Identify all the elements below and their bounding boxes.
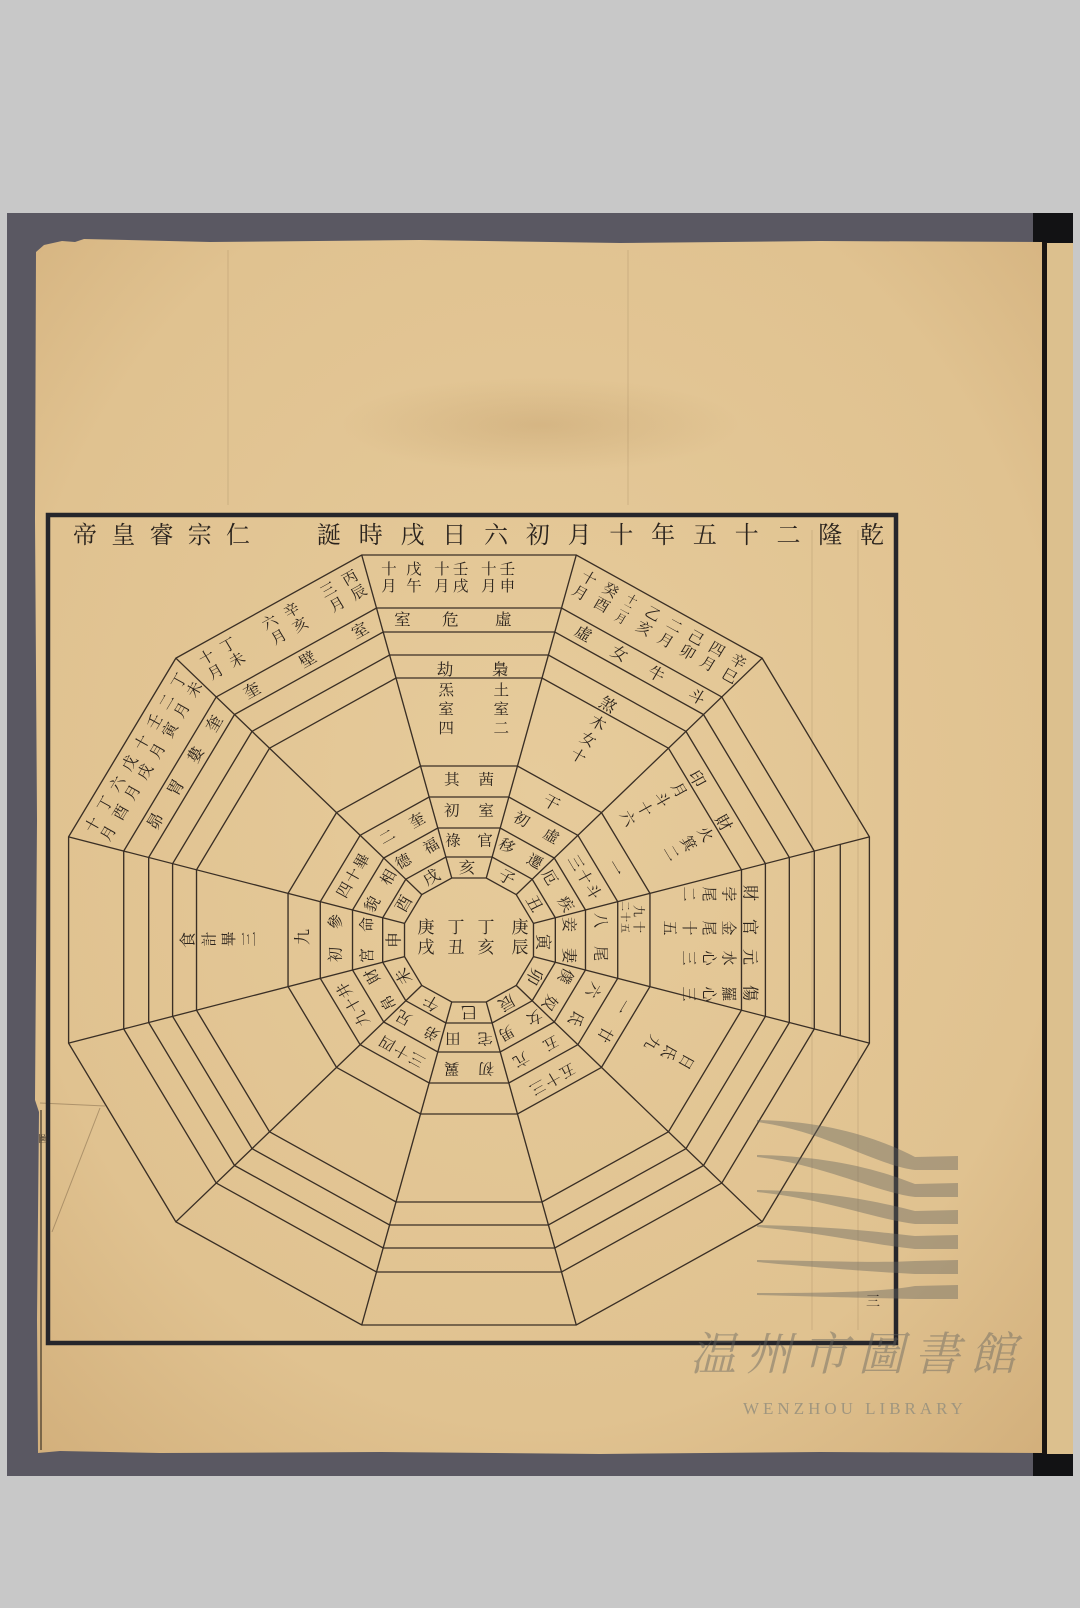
right-leaf	[1047, 243, 1073, 1454]
earthly-branch: 寅	[533, 934, 552, 950]
binding-block-bottom	[1033, 1452, 1073, 1476]
outer-month: 十月	[479, 561, 497, 595]
emperor-title: 仁宗睿皇帝	[73, 519, 250, 551]
pillar-month: 丁亥	[474, 918, 493, 958]
star-position: 土室二	[491, 682, 509, 739]
mansion: 虛	[495, 611, 512, 629]
pillar-hour: 庚戌	[414, 918, 433, 958]
outer-ganzhi: 戊午	[404, 561, 422, 595]
cusp-degree: 參初	[327, 914, 345, 962]
ring-note: 茜其	[444, 772, 494, 789]
cusp-degree: 翼初	[444, 1060, 494, 1077]
earthly-branch: 亥	[459, 859, 476, 877]
ring-note-secondary: 五十二	[618, 901, 629, 933]
star-label: 元	[740, 949, 759, 965]
star-position: 羅心三	[678, 985, 737, 1002]
star-position: 計畢三	[201, 932, 260, 949]
palace-name: 官祿	[445, 833, 493, 850]
watermark-calligraphy: 温州市圖書館	[690, 1326, 1016, 1382]
margin-fragment: 圖	[38, 1134, 47, 1168]
pillar-day: 丁丑	[444, 918, 463, 958]
watermark-caption: WENZHOU LIBRARY	[743, 1399, 967, 1419]
cusp-degree: 室初	[444, 803, 494, 820]
water-stain	[340, 377, 740, 473]
cusp-degree: 尾八	[591, 913, 609, 961]
star-position: 金尾十五	[658, 919, 737, 936]
star-label: 官	[740, 919, 759, 935]
outer-ganzhi: 壬申	[498, 561, 516, 595]
pillar-year: 庚辰	[508, 918, 527, 958]
star-label: 傷	[740, 985, 759, 1001]
earthly-branch: 申	[385, 932, 404, 948]
star-label: 財	[740, 885, 759, 901]
star-label: 梟	[492, 661, 509, 679]
star-position: 炁室四	[436, 682, 454, 739]
ring-note: 十九	[631, 905, 646, 933]
mansion: 危	[442, 611, 459, 629]
binding-block-top	[1033, 213, 1073, 244]
birth-date-line: 乾隆二十五年十月初六日戌時誕	[317, 519, 884, 551]
palace-name: 田宅	[445, 1030, 493, 1047]
earthly-branch: 巳	[461, 1003, 478, 1021]
outer-month: 十月	[379, 561, 397, 595]
outer-ganzhi: 壬戌	[451, 561, 469, 595]
ring-note: 九	[293, 929, 312, 945]
right-leaf-shadow	[1042, 242, 1047, 1454]
mansion: 室	[394, 611, 411, 629]
outer-month: 十月	[432, 561, 450, 595]
palace-name: 妻妾	[560, 917, 578, 963]
palace-name: 命宮	[358, 917, 376, 963]
star-label: 劫	[437, 661, 454, 679]
page-mark: 三	[866, 1294, 880, 1310]
star-position: 水心三	[678, 949, 737, 966]
star-position: 孛尾二	[678, 885, 737, 902]
star-label: 食	[179, 932, 198, 948]
